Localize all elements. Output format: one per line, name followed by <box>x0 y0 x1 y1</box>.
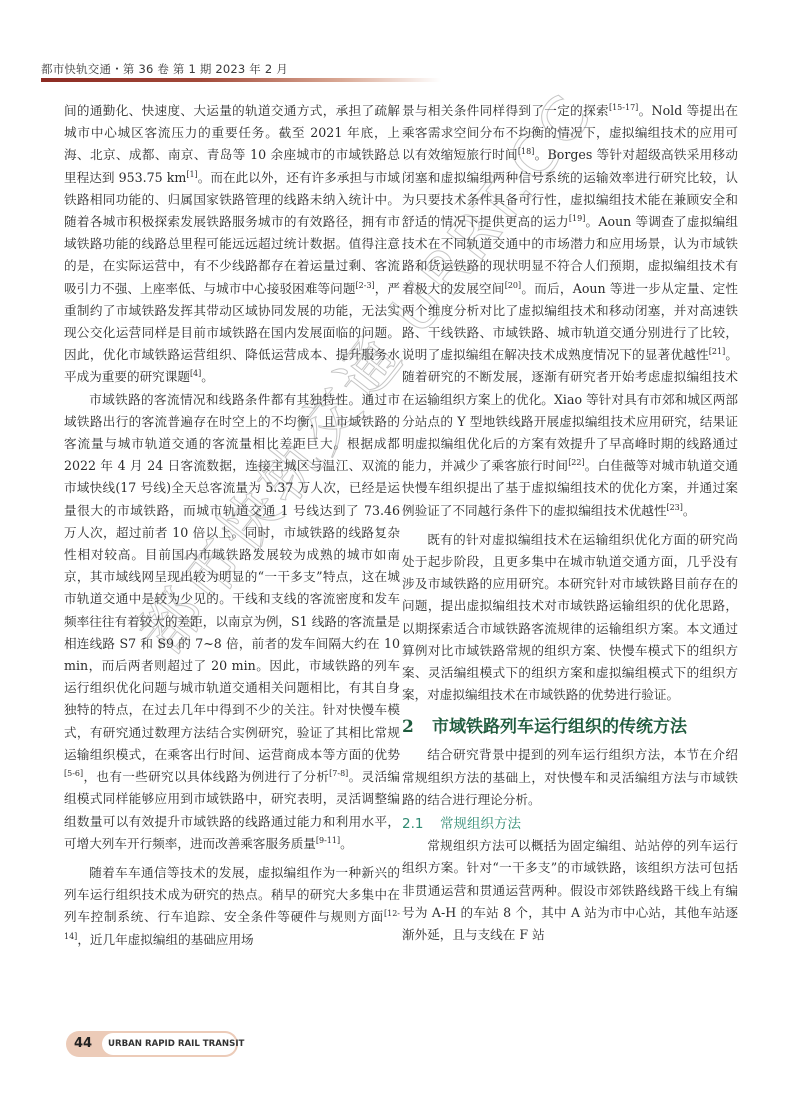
running-head: 都市快轨交通・第 36 卷 第 1 期 2023 年 2 月 <box>41 61 288 77</box>
citation-ref: [20] <box>505 281 521 290</box>
journal-name: URBAN RAPID RAIL TRANSIT <box>102 1033 236 1055</box>
subsection-title: 常规组织方法 <box>440 816 521 832</box>
citation-ref: [2-3] <box>356 281 375 290</box>
citation-ref: [18] <box>518 147 534 156</box>
paragraph: 既有的针对虚拟编组技术在运输组织优化方面的研究尚处于起步阶段，且更多集中在城市轨… <box>402 529 738 707</box>
citation-ref: [15-17] <box>609 103 638 112</box>
citation-ref: [22] <box>568 458 584 467</box>
paragraph: 随着车车通信等技术的发展，虚拟编组作为一种新兴的列车运行组织技术成为研究的热点。… <box>64 862 400 951</box>
paragraph: 市域铁路的客流情况和线路条件都有其独特性。通过市域铁路出行的客流普遍存在时空上的… <box>64 389 400 855</box>
subsection-number: 2.1 <box>402 813 440 835</box>
subsection-body: 常规组织方法可以概括为固定编组、站站停的列车运行组织方案。针对“一干多支”的市域… <box>402 835 738 946</box>
section-intro: 结合研究背景中提到的列车运行组织方法，本节在介绍常规组织方法的基础上，对快慢车和… <box>402 744 738 811</box>
citation-ref: [12-14] <box>64 909 400 940</box>
citation-ref: [19] <box>569 214 585 223</box>
citation-ref: [9-11] <box>316 836 340 845</box>
citation-ref: [21] <box>709 347 725 356</box>
page-footer-badge: 44 URBAN RAPID RAIL TRANSIT <box>66 1031 238 1057</box>
citation-ref: [1] <box>186 170 197 179</box>
right-column: 景与相关条件同样得到了一定的探索[15-17]。Nold 等提出在乘客需求空间分… <box>402 100 738 946</box>
page-number: 44 <box>66 1031 100 1057</box>
left-column: 间的通勤化、快速度、大运量的轨道交通方式，承担了疏解城市中心城区客流压力的重要任… <box>64 100 400 951</box>
citation-ref: [5-6] <box>64 769 83 778</box>
citation-ref: [23] <box>666 503 682 512</box>
section-title: 市域铁路列车运行组织的传统方法 <box>432 717 687 737</box>
section-heading: 2市域铁路列车运行组织的传统方法 <box>402 714 738 740</box>
paragraph: 景与相关条件同样得到了一定的探索[15-17]。Nold 等提出在乘客需求空间分… <box>402 100 738 522</box>
citation-ref: [4] <box>190 369 201 378</box>
paragraph: 间的通勤化、快速度、大运量的轨道交通方式，承担了疏解城市中心城区客流压力的重要任… <box>64 100 400 389</box>
subsection-heading: 2.1常规组织方法 <box>402 813 738 835</box>
header-rule <box>41 78 441 82</box>
section-number: 2 <box>402 714 432 740</box>
citation-ref: [7-8] <box>329 769 348 778</box>
